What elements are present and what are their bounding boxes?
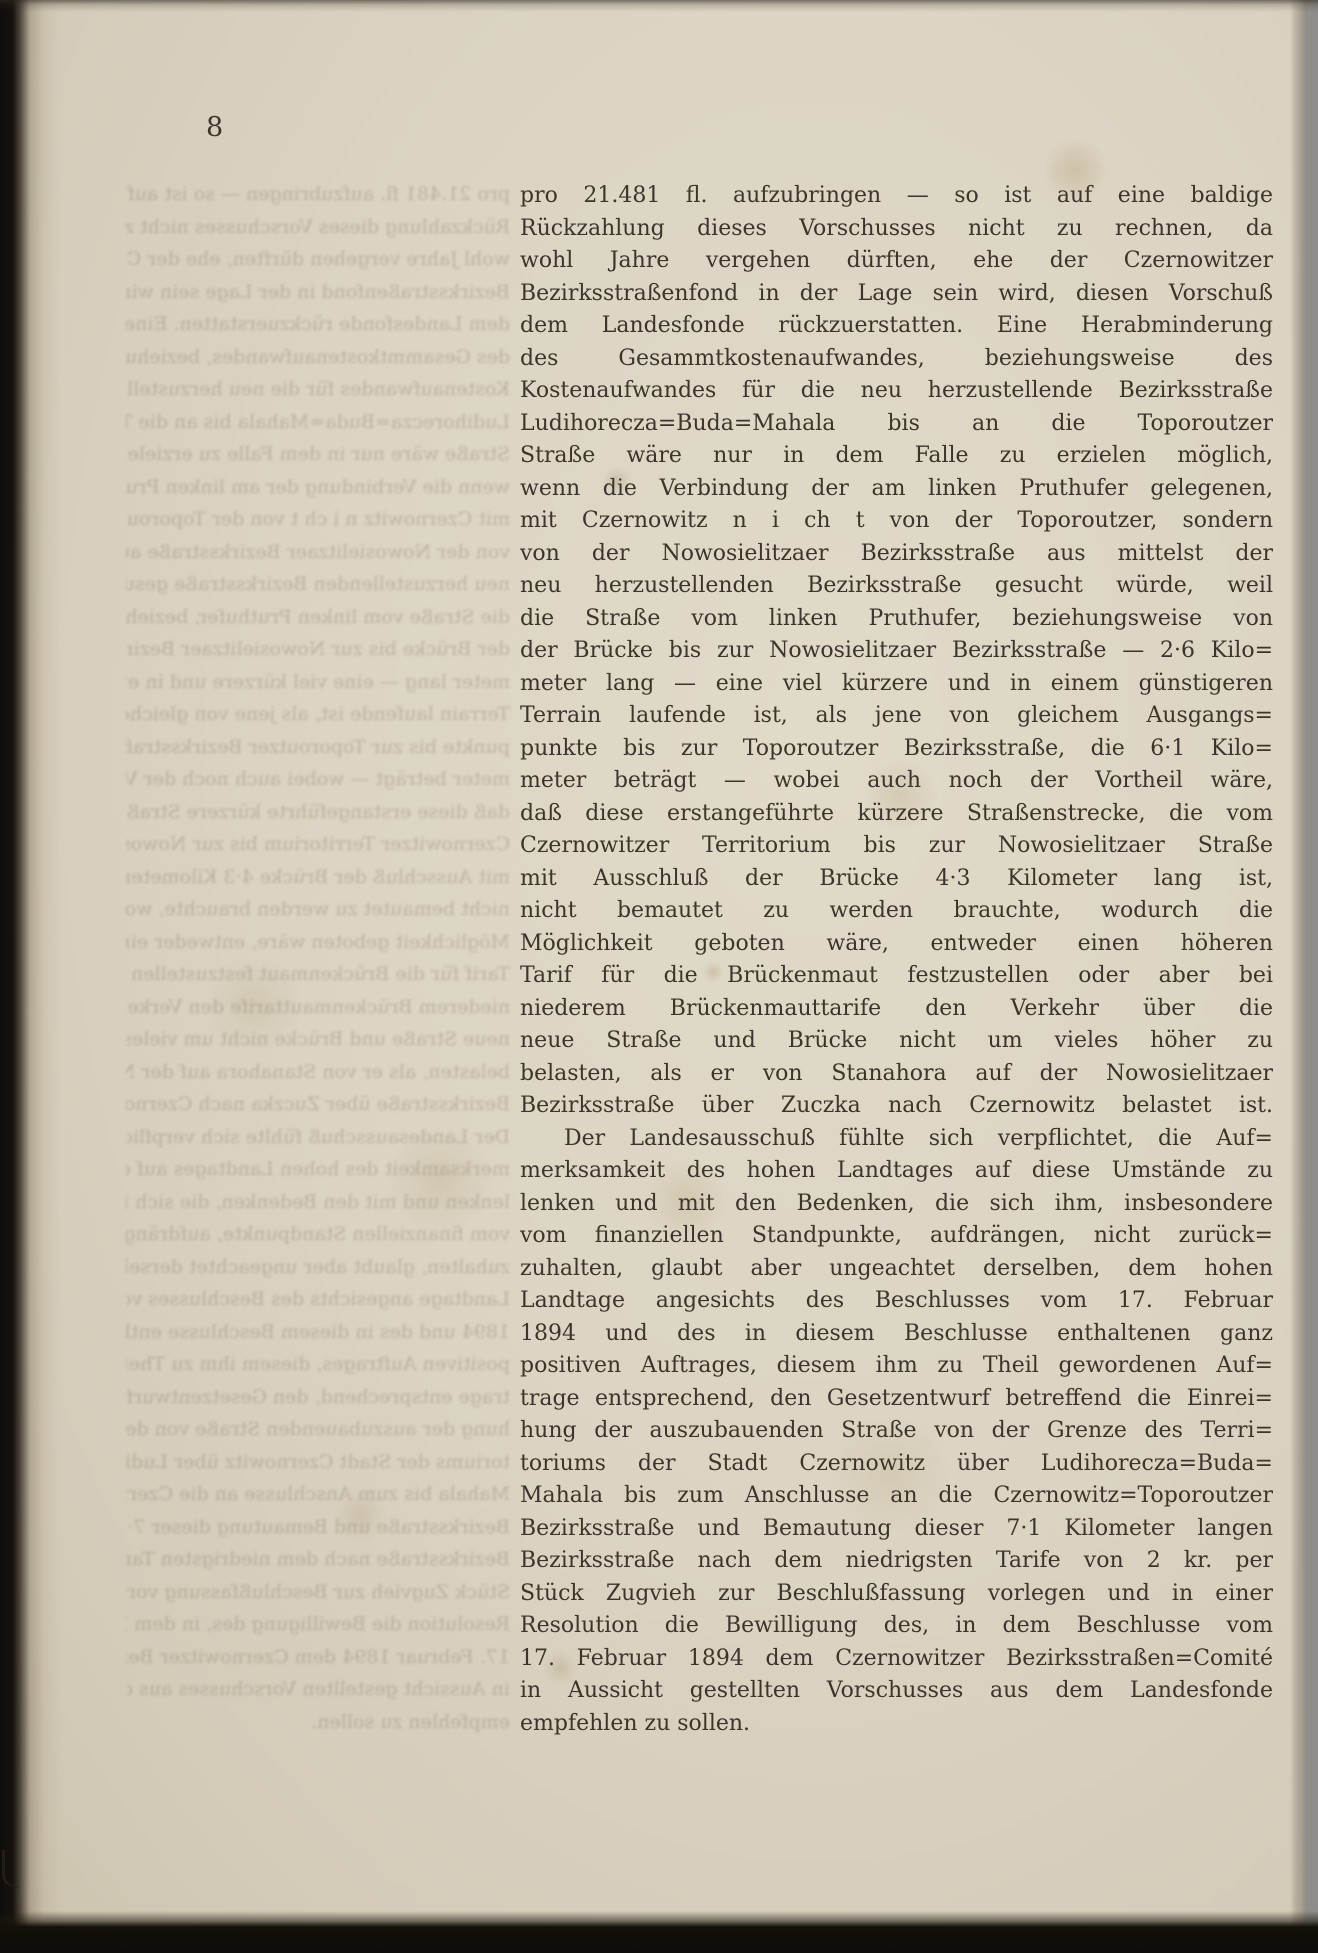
text-line: merksamkeit des hohen Landtages auf dies… xyxy=(520,1155,1273,1188)
text-line: meter beträgt — wobei auch noch der Vort… xyxy=(520,765,1273,798)
text-line: wenn die Verbindung der am linken Pruthu… xyxy=(126,471,510,504)
scanned-book-page: 8 pro 21.481 fl. aufzubringen — so ist a… xyxy=(0,0,1318,1953)
text-line: 17. Februar 1894 dem Czernowitzer Bezirk… xyxy=(520,1643,1273,1676)
text-line: des Gesammtkostenaufwandes, beziehungswe… xyxy=(126,341,510,374)
scan-edge-right xyxy=(1290,0,1318,1953)
text-line: trage entsprechend, den Gesetzentwurf be… xyxy=(126,1381,510,1414)
text-line: empfehlen zu sollen. xyxy=(520,1708,1273,1741)
scan-edge-bottom xyxy=(0,1911,1318,1953)
text-line: Bezirksstraße nach dem niedrigsten Tarif… xyxy=(126,1543,510,1576)
text-line: mit Ausschluß der Brücke 4·3 Kilometer l… xyxy=(126,861,510,894)
text-line: positiven Auftrages, diesem ihm zu Theil… xyxy=(520,1350,1273,1383)
text-line: in Aussicht gestellten Vorschusses aus d… xyxy=(520,1675,1273,1708)
text-line: vom finanziellen Standpunkte, aufdrängen… xyxy=(126,1218,510,1251)
text-line: positiven Auftrages, diesem ihm zu Theil… xyxy=(126,1348,510,1381)
scan-edge-top xyxy=(0,0,1318,12)
bleedthrough-column: pro 21.481 fl. aufzubringen — so ist auf… xyxy=(126,178,510,1738)
text-line: Czernowitzer Territorium bis zur Nowosie… xyxy=(126,828,510,861)
text-line: punkte bis zur Toporoutzer Bezirksstraße… xyxy=(520,733,1273,766)
text-line: Tarif für die Brückenmaut festzustellen … xyxy=(126,958,510,991)
text-line: mit Czernowitz n i ch t von der Toporout… xyxy=(520,505,1273,538)
text-line: hung der auszubauenden Straße von der Gr… xyxy=(126,1413,510,1446)
text-line: Rückzahlung dieses Vorschusses nicht zu … xyxy=(126,211,510,244)
text-line: von der Nowosielitzaer Bezirksstraße aus… xyxy=(520,538,1273,571)
text-line: Bezirksstraße über Zuczka nach Czernowit… xyxy=(126,1088,510,1121)
text-line: Bezirksstraßenfond in der Lage sein wird… xyxy=(126,276,510,309)
text-line: nicht bemautet zu werden brauchte, wodur… xyxy=(520,895,1273,928)
text-line: 1894 und des in diesem Beschlusse enthal… xyxy=(520,1318,1273,1351)
margin-pen-mark xyxy=(2,1850,19,1888)
text-line: Bezirksstraße und Bemautung dieser 7·1 K… xyxy=(520,1513,1273,1546)
text-line: hung der auszubauenden Straße von der Gr… xyxy=(520,1415,1273,1448)
text-line: neue Straße und Brücke nicht um vieles h… xyxy=(520,1025,1273,1058)
text-line: wenn die Verbindung der am linken Pruthu… xyxy=(520,473,1273,506)
text-line: nicht bemautet zu werden brauchte, wodur… xyxy=(126,893,510,926)
text-line: der Brücke bis zur Nowosielitzaer Bezirk… xyxy=(520,635,1273,668)
text-line: Kostenaufwandes für die neu herzustellen… xyxy=(126,373,510,406)
text-line: Stück Zugvieh zur Beschlußfassung vorleg… xyxy=(126,1576,510,1609)
text-line: Tarif für die Brückenmaut festzustellen … xyxy=(520,960,1273,993)
text-line: daß diese erstangeführte kürzere Straßen… xyxy=(126,796,510,829)
text-line: lenken und mit den Bedenken, die sich ih… xyxy=(520,1188,1273,1221)
text-line: niederem Brückenmauttarife den Verkehr ü… xyxy=(126,991,510,1024)
text-line: Straße wäre nur in dem Falle zu erzielen… xyxy=(520,440,1273,473)
text-line: belasten, als er von Stanahora auf der N… xyxy=(520,1058,1273,1091)
text-column: pro 21.481 fl. aufzubringen — so ist auf… xyxy=(520,180,1273,1740)
text-line: mit Czernowitz n i ch t von der Toporout… xyxy=(126,503,510,536)
text-line: Rückzahlung dieses Vorschusses nicht zu … xyxy=(520,213,1273,246)
text-line: dem Landesfonde rückzuerstatten. Eine He… xyxy=(126,308,510,341)
text-line: Ludihorecza=Buda=Mahala bis an die Topor… xyxy=(126,406,510,439)
text-line: Der Landesausschuß fühlte sich verpflich… xyxy=(520,1123,1273,1156)
text-line: empfehlen zu sollen. xyxy=(126,1706,510,1739)
text-line: pro 21.481 fl. aufzubringen — so ist auf… xyxy=(520,180,1273,213)
text-line: Bezirksstraße nach dem niedrigsten Tarif… xyxy=(520,1545,1273,1578)
text-line: Möglichkeit geboten wäre, entweder einen… xyxy=(126,926,510,959)
text-line: von der Nowosielitzaer Bezirksstraße aus… xyxy=(126,536,510,569)
text-line: meter beträgt — wobei auch noch der Vort… xyxy=(126,763,510,796)
text-line: toriums der Stadt Czernowitz über Ludiho… xyxy=(126,1446,510,1479)
text-line: Czernowitzer Territorium bis zur Nowosie… xyxy=(520,830,1273,863)
text-line: meter lang — eine viel kürzere und in ei… xyxy=(126,666,510,699)
text-line: neu herzustellenden Bezirksstraße gesuch… xyxy=(520,570,1273,603)
text-line: Straße wäre nur in dem Falle zu erzielen… xyxy=(126,438,510,471)
text-line: Terrain laufende ist, als jene von gleic… xyxy=(126,698,510,731)
text-line: Möglichkeit geboten wäre, entweder einen… xyxy=(520,928,1273,961)
text-line: lenken und mit den Bedenken, die sich ih… xyxy=(126,1186,510,1219)
text-line: neue Straße und Brücke nicht um vieles h… xyxy=(126,1023,510,1056)
text-line: mit Ausschluß der Brücke 4·3 Kilometer l… xyxy=(520,863,1273,896)
text-line: die Straße vom linken Pruthufer, beziehu… xyxy=(520,603,1273,636)
text-line: Resolution die Bewilligung des, in dem B… xyxy=(126,1608,510,1641)
text-line: zuhalten, glaubt aber ungeachtet derselb… xyxy=(126,1251,510,1284)
text-line: neu herzustellenden Bezirksstraße gesuch… xyxy=(126,568,510,601)
text-line: Landtage angesichts des Beschlusses vom … xyxy=(126,1283,510,1316)
text-line: Bezirksstraßenfond in der Lage sein wird… xyxy=(520,278,1273,311)
text-line: pro 21.481 fl. aufzubringen — so ist auf… xyxy=(126,178,510,211)
text-line: Kostenaufwandes für die neu herzustellen… xyxy=(520,375,1273,408)
text-line: Terrain laufende ist, als jene von gleic… xyxy=(520,700,1273,733)
text-line: die Straße vom linken Pruthufer, beziehu… xyxy=(126,601,510,634)
text-line: Resolution die Bewilligung des, in dem B… xyxy=(520,1610,1273,1643)
text-line: der Brücke bis zur Nowosielitzaer Bezirk… xyxy=(126,633,510,666)
text-line: Bezirksstraße über Zuczka nach Czernowit… xyxy=(520,1090,1273,1123)
text-line: Landtage angesichts des Beschlusses vom … xyxy=(520,1285,1273,1318)
text-line: 1894 und des in diesem Beschlusse enthal… xyxy=(126,1316,510,1349)
text-line: wohl Jahre vergehen dürften, ehe der Cze… xyxy=(520,245,1273,278)
text-line: vom finanziellen Standpunkte, aufdrängen… xyxy=(520,1220,1273,1253)
text-line: Bezirksstraße und Bemautung dieser 7·1 K… xyxy=(126,1511,510,1544)
text-line: daß diese erstangeführte kürzere Straßen… xyxy=(520,798,1273,831)
text-line: Der Landesausschuß fühlte sich verpflich… xyxy=(126,1121,510,1154)
text-line: belasten, als er von Stanahora auf der N… xyxy=(126,1056,510,1089)
text-line: niederem Brückenmauttarife den Verkehr ü… xyxy=(520,993,1273,1026)
text-line: Mahala bis zum Anschlusse an die Czernow… xyxy=(126,1478,510,1511)
text-line: Ludihorecza=Buda=Mahala bis an die Topor… xyxy=(520,408,1273,441)
text-line: merksamkeit des hohen Landtages auf dies… xyxy=(126,1153,510,1186)
text-line: dem Landesfonde rückzuerstatten. Eine He… xyxy=(520,310,1273,343)
page-number: 8 xyxy=(206,112,223,143)
text-line: Stück Zugvieh zur Beschlußfassung vorleg… xyxy=(520,1578,1273,1611)
text-line: toriums der Stadt Czernowitz über Ludiho… xyxy=(520,1448,1273,1481)
text-line: des Gesammtkostenaufwandes, beziehungswe… xyxy=(520,343,1273,376)
scan-edge-left xyxy=(0,0,62,1953)
text-line: meter lang — eine viel kürzere und in ei… xyxy=(520,668,1273,701)
text-line: wohl Jahre vergehen dürften, ehe der Cze… xyxy=(126,243,510,276)
text-line: Mahala bis zum Anschlusse an die Czernow… xyxy=(520,1480,1273,1513)
text-line: in Aussicht gestellten Vorschusses aus d… xyxy=(126,1673,510,1706)
text-line: punkte bis zur Toporoutzer Bezirksstraße… xyxy=(126,731,510,764)
text-line: trage entsprechend, den Gesetzentwurf be… xyxy=(520,1383,1273,1416)
text-line: zuhalten, glaubt aber ungeachtet derselb… xyxy=(520,1253,1273,1286)
text-line: 17. Februar 1894 dem Czernowitzer Bezirk… xyxy=(126,1641,510,1674)
